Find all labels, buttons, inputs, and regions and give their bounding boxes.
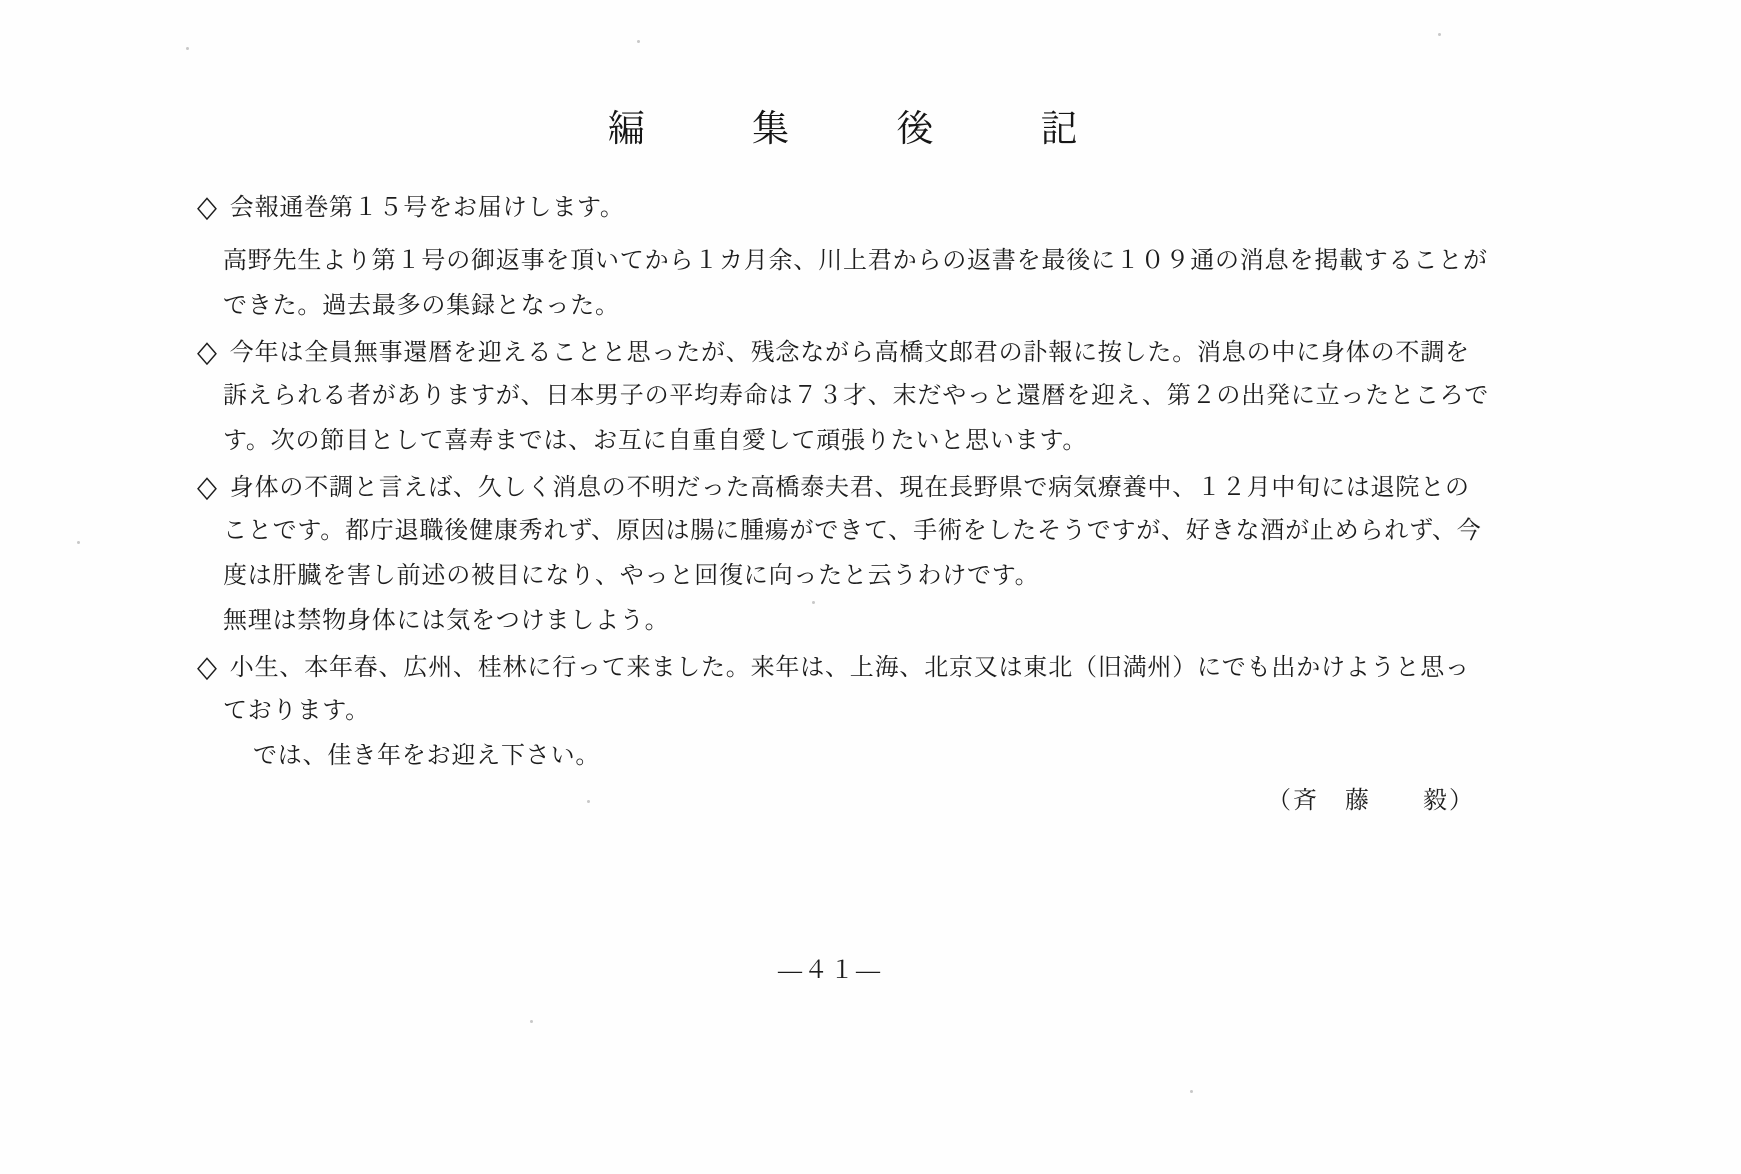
scan-speck xyxy=(637,40,640,43)
scan-speck xyxy=(530,1020,533,1023)
diamond-bullet-icon: ◇ xyxy=(197,326,218,378)
line-text: 会報通巻第１５号をお届けします。 xyxy=(230,195,625,221)
line-text: す。次の節目として喜寿までは、お互に自重自愛して頑張りたいと思います。 xyxy=(223,428,1087,454)
line-text: 度は肝臓を害し前述の被目になり、やっと回復に向ったと云うわけです。 xyxy=(223,563,1039,589)
paragraph-line: ことです。都庁退職後健康秀れず、原因は腸に腫瘍ができて、手術をしたそうですが、好… xyxy=(223,509,1497,554)
page-number: ―４１― xyxy=(0,950,1660,985)
scan-speck xyxy=(77,541,80,544)
scan-speck xyxy=(186,47,189,50)
paragraph-line: ております。 xyxy=(223,689,1497,734)
paragraph-line: 訴えられる者がありますが、日本男子の平均寿命は７３才、末だやっと還暦を迎え、第２… xyxy=(223,374,1497,419)
author-signature: （斉 藤 毅） xyxy=(197,779,1497,824)
scan-speck xyxy=(1190,1090,1193,1093)
line-text: では、佳き年をお迎え下さい。 xyxy=(253,743,600,769)
paragraph-line: ◇小生、本年春、広州、桂林に行って来ました。来年は、上海、北京又は東北（旧満州）… xyxy=(197,644,1497,689)
diamond-bullet-icon: ◇ xyxy=(197,641,218,693)
paragraph-line: ◇身体の不調と言えば、久しく消息の不明だった高橋泰夫君、現在長野県で病気療養中、… xyxy=(197,464,1497,509)
line-text: できた。過去最多の集録となった。 xyxy=(223,293,620,319)
paragraph-line: す。次の節目として喜寿までは、お互に自重自愛して頑張りたいと思います。 xyxy=(223,419,1497,464)
line-text: ことです。都庁退職後健康秀れず、原因は腸に腫瘍ができて、手術をしたそうですが、好… xyxy=(223,518,1482,544)
line-text: 高野先生より第１号の御返事を頂いてから１カ月余、川上君からの返書を最後に１０９通… xyxy=(223,248,1488,274)
line-text: ております。 xyxy=(223,698,370,724)
paragraph-line: では、佳き年をお迎え下さい。 xyxy=(253,734,1497,779)
line-text: 身体の不調と言えば、久しく消息の不明だった高橋泰夫君、現在長野県で病気療養中、１… xyxy=(230,475,1470,501)
page-title: 編集後記 xyxy=(0,98,1741,152)
paragraph-line: ◇会報通巻第１５号をお届けします。 xyxy=(197,184,1497,229)
paragraph-line: 無理は禁物身体には気をつけましよう。 xyxy=(223,599,1497,644)
diamond-bullet-icon: ◇ xyxy=(197,461,218,513)
line-text: 無理は禁物身体には気をつけましよう。 xyxy=(223,608,669,634)
line-text: 小生、本年春、広州、桂林に行って来ました。来年は、上海、北京又は東北（旧満州）に… xyxy=(230,655,1470,681)
line-text: 今年は全員無事還暦を迎えることと思ったが、残念ながら高橋文郎君の訃報に按した。消… xyxy=(230,340,1470,366)
scan-speck xyxy=(587,800,590,803)
paragraph-line: できた。過去最多の集録となった。 xyxy=(223,284,1497,329)
paragraph-line: ◇今年は全員無事還暦を迎えることと思ったが、残念ながら高橋文郎君の訃報に按した。… xyxy=(197,329,1497,374)
scanned-document-page: 編集後記 ◇会報通巻第１５号をお届けします。 高野先生より第１号の御返事を頂いて… xyxy=(0,0,1741,1174)
scan-speck xyxy=(1438,33,1441,36)
line-text: 訴えられる者がありますが、日本男子の平均寿命は７３才、末だやっと還暦を迎え、第２… xyxy=(223,383,1489,409)
paragraph-line: 度は肝臓を害し前述の被目になり、やっと回復に向ったと云うわけです。 xyxy=(223,554,1497,599)
paragraph-line: 高野先生より第１号の御返事を頂いてから１カ月余、川上君からの返書を最後に１０９通… xyxy=(223,239,1497,284)
diamond-bullet-icon: ◇ xyxy=(197,181,218,233)
document-body: ◇会報通巻第１５号をお届けします。 高野先生より第１号の御返事を頂いてから１カ月… xyxy=(197,184,1497,824)
scan-speck xyxy=(812,601,815,604)
